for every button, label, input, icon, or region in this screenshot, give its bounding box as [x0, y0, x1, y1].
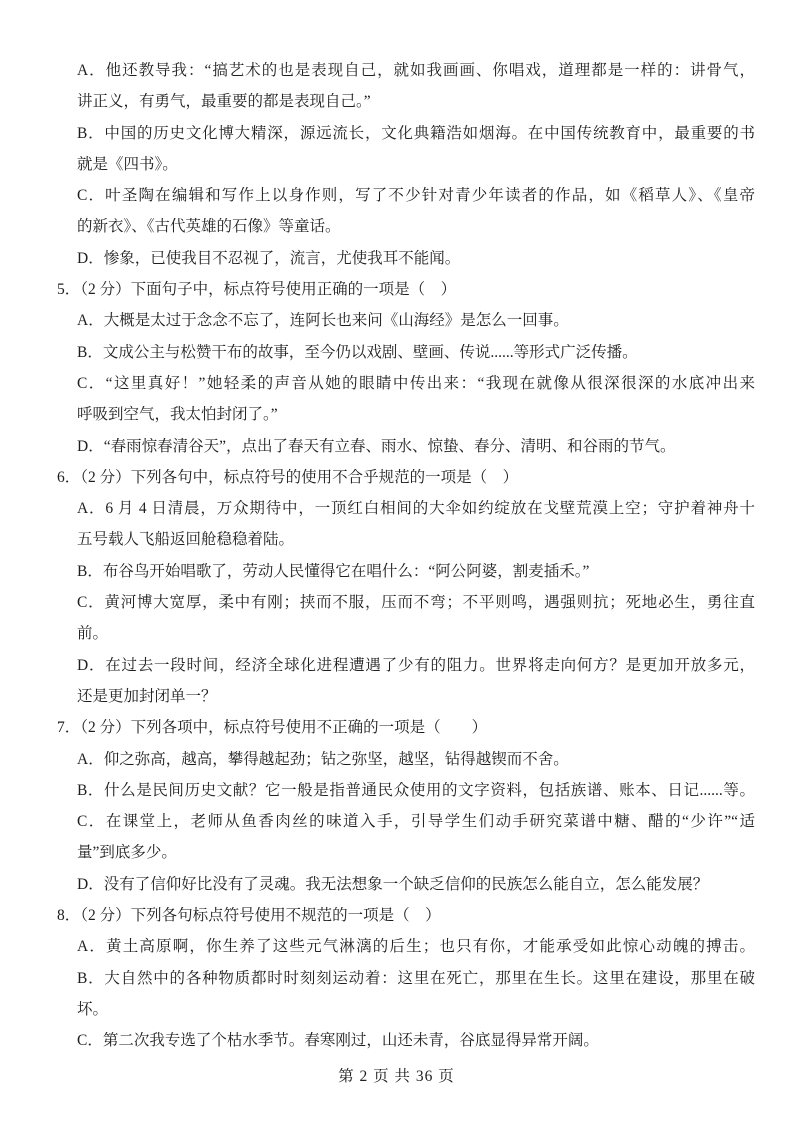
question-4-options-option-line-3: 就是《四书》。 — [0, 149, 793, 180]
question-6-option-line-2: B．布谷鸟开始唱歌了，劳动人民懂得它在唱什么：“阿公阿婆，割麦插禾。” — [0, 556, 793, 587]
question-6-option-line-0: A．6 月 4 日清晨，万众期待中，一顶红白相间的大伞如约绽放在戈壁荒漠上空；守… — [0, 493, 793, 524]
question-4-options-option-line-5: 的新衣》、《古代英雄的石像》等童话。 — [0, 211, 793, 242]
question-8-option-line-2: 坏。 — [0, 994, 793, 1025]
question-7-option-line-1: B．什么是民间历史文献？它一般是指普通民众使用的文字资料，包括族谱、账本、日记.… — [0, 775, 793, 806]
question-8-option-line-1: B．大自然中的各种物质都时时刻刻运动着：这里在死亡，那里在生长。这里在建设，那里… — [0, 963, 793, 994]
question-8-stem: 8．（2 分）下列各句标点符号使用不规范的一项是（ ） — [0, 900, 793, 931]
question-5-option-line-3: 呼吸到空气，我太怕封闭了。” — [0, 399, 793, 430]
question-4-options: A．他还教导我：“搞艺术的也是表现自己，就如我画画、你唱戏，道理都是一样的：讲骨… — [0, 55, 793, 274]
question-6-option-line-6: 还是更加封闭单一？ — [0, 681, 793, 712]
question-8-option-line-0: A．黄土高原啊，你生养了这些元气淋漓的后生；也只有你，才能承受如此惊心动魄的搏击… — [0, 931, 793, 962]
question-7: 7．（2 分）下列各项中，标点符号使用不正确的一项是（ ）A．仰之弥高，越高，攀… — [0, 712, 793, 900]
question-6-option-line-5: D．在过去一段时间，经济全球化进程遭遇了少有的阻力。世界将走向何方？是更加开放多… — [0, 650, 793, 681]
question-4-options-option-line-6: D．惨象，已使我目不忍视了，流言，尤使我耳不能闻。 — [0, 243, 793, 274]
question-4-options-option-line-4: C．叶圣陶在编辑和写作上以身作则，写了不少针对青少年读者的作品，如《稻草人》、《… — [0, 180, 793, 211]
question-5-option-line-4: D．“春雨惊春清谷天”，点出了春天有立春、雨水、惊蛰、春分、清明、和谷雨的节气。 — [0, 431, 793, 462]
question-8-option-line-3: C．第二次我专选了个枯水季节。春寒刚过，山还未青，谷底显得异常开阔。 — [0, 1025, 793, 1056]
question-6-option-line-3: C．黄河博大宽厚，柔中有刚；挟而不服，压而不弯；不平则鸣，遇强则抗；死地必生，勇… — [0, 587, 793, 618]
question-7-stem: 7．（2 分）下列各项中，标点符号使用不正确的一项是（ ） — [0, 712, 793, 743]
question-6-stem: 6．（2 分）下列各句中，标点符号的使用不合乎规范的一项是（ ） — [0, 462, 793, 493]
question-7-option-line-4: D．没有了信仰好比没有了灵魂。我无法想象一个缺乏信仰的民族怎么能自立，怎么能发展… — [0, 869, 793, 900]
question-5-stem: 5．（2 分）下面句子中，标点符号使用正确的一项是（ ） — [0, 274, 793, 305]
question-7-option-line-2: C．在课堂上，老师从鱼香肉丝的味道入手，引导学生们动手研究菜谱中糖、醋的“少许”… — [0, 806, 793, 837]
question-5-option-line-1: B．文成公主与松赞干布的故事，至今仍以戏剧、壁画、传说......等形式广泛传播… — [0, 337, 793, 368]
question-5-option-line-0: A．大概是太过于念念不忘了，连阿长也来问《山海经》是怎么一回事。 — [0, 305, 793, 336]
question-6: 6．（2 分）下列各句中，标点符号的使用不合乎规范的一项是（ ）A．6 月 4 … — [0, 462, 793, 712]
question-6-option-line-1: 五号载人飞船返回舱稳稳着陆。 — [0, 524, 793, 555]
exam-page: A．他还教导我：“搞艺术的也是表现自己，就如我画画、你唱戏，道理都是一样的：讲骨… — [0, 0, 793, 1122]
question-8: 8．（2 分）下列各句标点符号使用不规范的一项是（ ）A．黄土高原啊，你生养了这… — [0, 900, 793, 1056]
page-footer: 第 2 页 共 36 页 — [0, 1061, 793, 1092]
question-4-options-option-line-2: B．中国的历史文化博大精深，源远流长，文化典籍浩如烟海。在中国传统教育中，最重要… — [0, 118, 793, 149]
question-6-option-line-4: 前。 — [0, 618, 793, 649]
question-7-option-line-0: A．仰之弥高，越高，攀得越起劲；钻之弥坚，越坚，钻得越锲而不舍。 — [0, 744, 793, 775]
question-7-option-line-3: 量”到底多少。 — [0, 837, 793, 868]
question-5: 5．（2 分）下面句子中，标点符号使用正确的一项是（ ）A．大概是太过于念念不忘… — [0, 274, 793, 462]
question-5-option-line-2: C．“这里真好！”她轻柔的声音从她的眼睛中传出来：“我现在就像从很深很深的水底冲… — [0, 368, 793, 399]
document-body: A．他还教导我：“搞艺术的也是表现自己，就如我画画、你唱戏，道理都是一样的：讲骨… — [0, 55, 793, 1057]
question-4-options-option-line-1: 讲正义，有勇气，最重要的都是表现自己。” — [0, 86, 793, 117]
question-4-options-option-line-0: A．他还教导我：“搞艺术的也是表现自己，就如我画画、你唱戏，道理都是一样的：讲骨… — [0, 55, 793, 86]
